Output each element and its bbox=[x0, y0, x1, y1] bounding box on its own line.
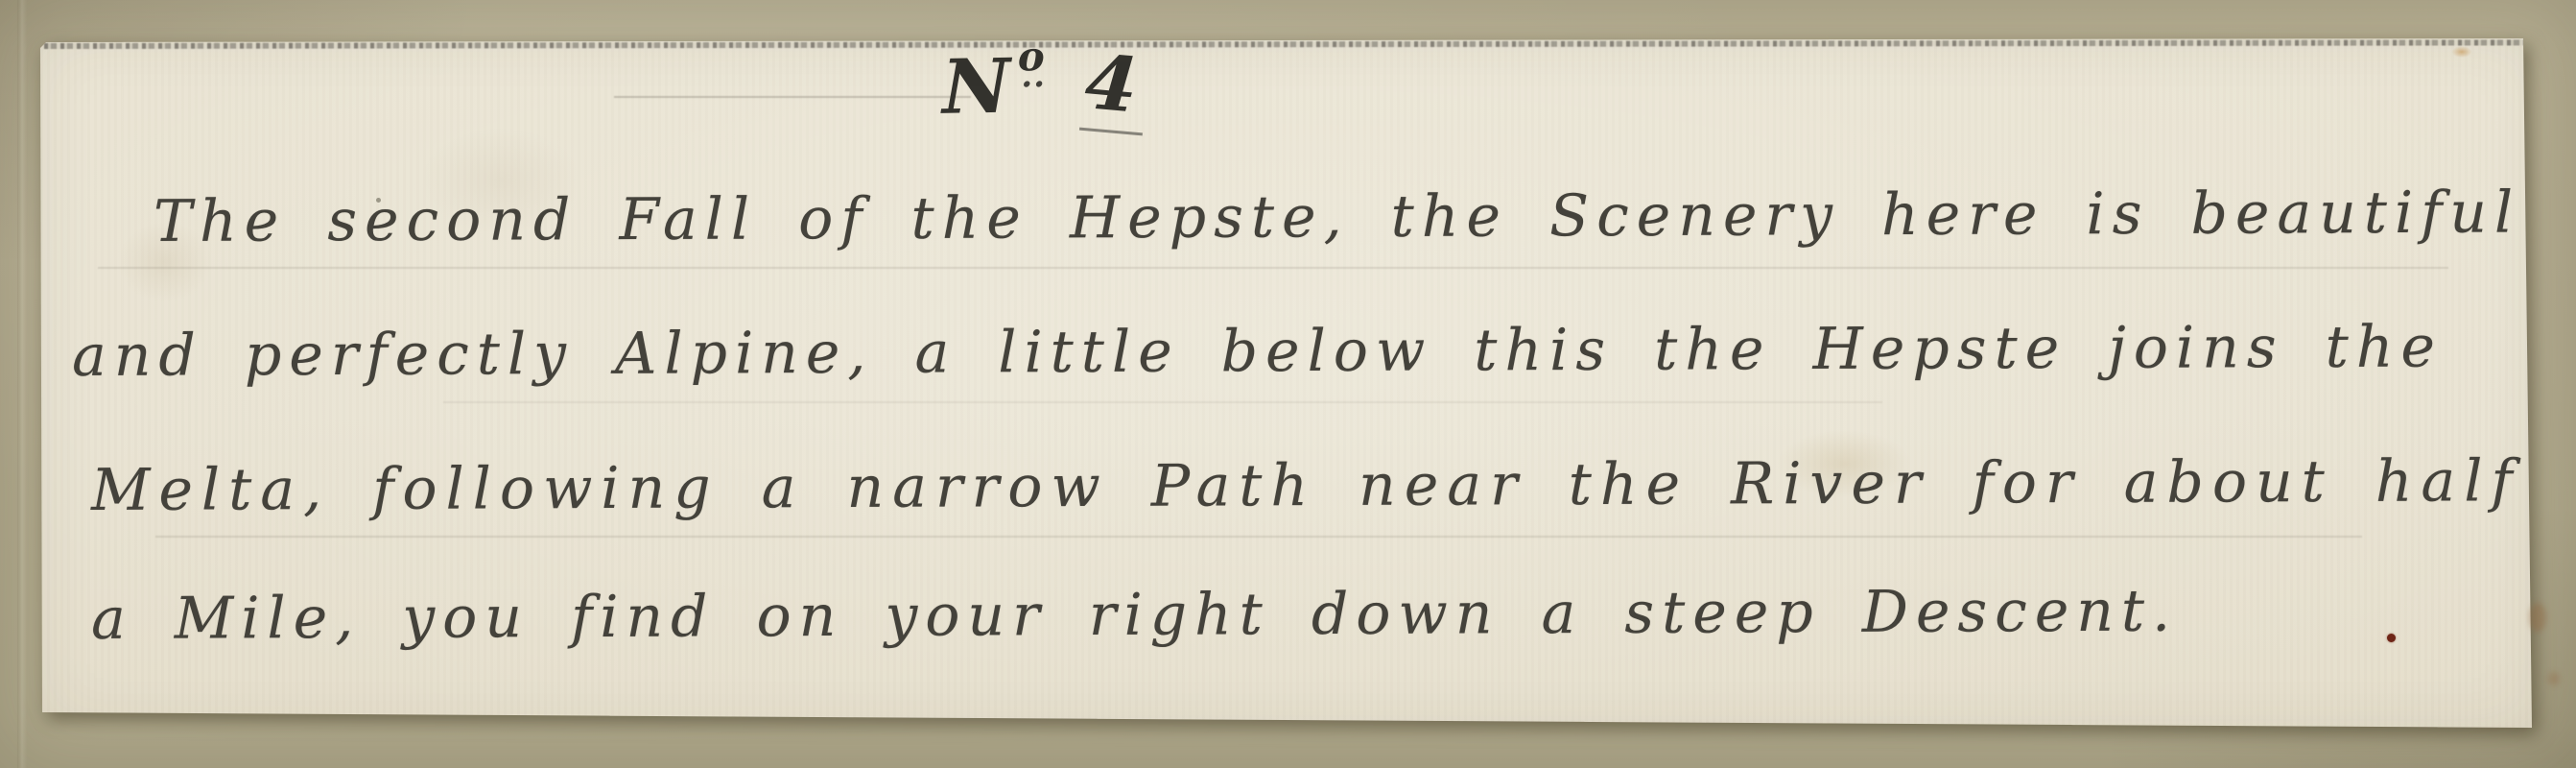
paper-surface: No..4 The second Fall of the Hepste, the… bbox=[40, 36, 2533, 732]
faint-baseline-rule bbox=[98, 267, 2448, 269]
faint-baseline-rule bbox=[443, 401, 1882, 403]
faint-pencil-rule-heading bbox=[614, 96, 971, 98]
foxing-stain bbox=[2529, 603, 2546, 632]
mount-board: No..4 The second Fall of the Hepste, the… bbox=[0, 0, 2576, 768]
manuscript-line-1: The second Fall of the Hepste, the Scene… bbox=[154, 180, 2520, 255]
foxing-stain bbox=[2548, 672, 2560, 685]
paper-right-edge-line bbox=[2527, 40, 2529, 280]
manuscript-line-2: and perfectly Alpine, a little below thi… bbox=[72, 314, 2443, 390]
heading-number: 4 bbox=[1079, 38, 1150, 135]
red-ink-fleck bbox=[2387, 634, 2396, 642]
heading-underdots: .. bbox=[1018, 67, 1049, 85]
manuscript-line-4: a Mile, you find on your right down a st… bbox=[91, 578, 2178, 653]
manuscript-sheet: No..4 The second Fall of the Hepste, the… bbox=[40, 36, 2533, 732]
manuscript-line-3: Melta, following a narrow Path near the … bbox=[91, 447, 2521, 524]
heading-letter-n: N bbox=[941, 43, 1015, 132]
faint-baseline-rule bbox=[155, 536, 2362, 538]
graphite-smudge-top-edge bbox=[44, 39, 2525, 49]
paper-speck bbox=[376, 198, 381, 203]
mount-crease bbox=[17, 0, 27, 768]
heading-superscript-o: o.. bbox=[1018, 45, 1050, 85]
catalog-number-heading: No..4 bbox=[941, 40, 1147, 136]
